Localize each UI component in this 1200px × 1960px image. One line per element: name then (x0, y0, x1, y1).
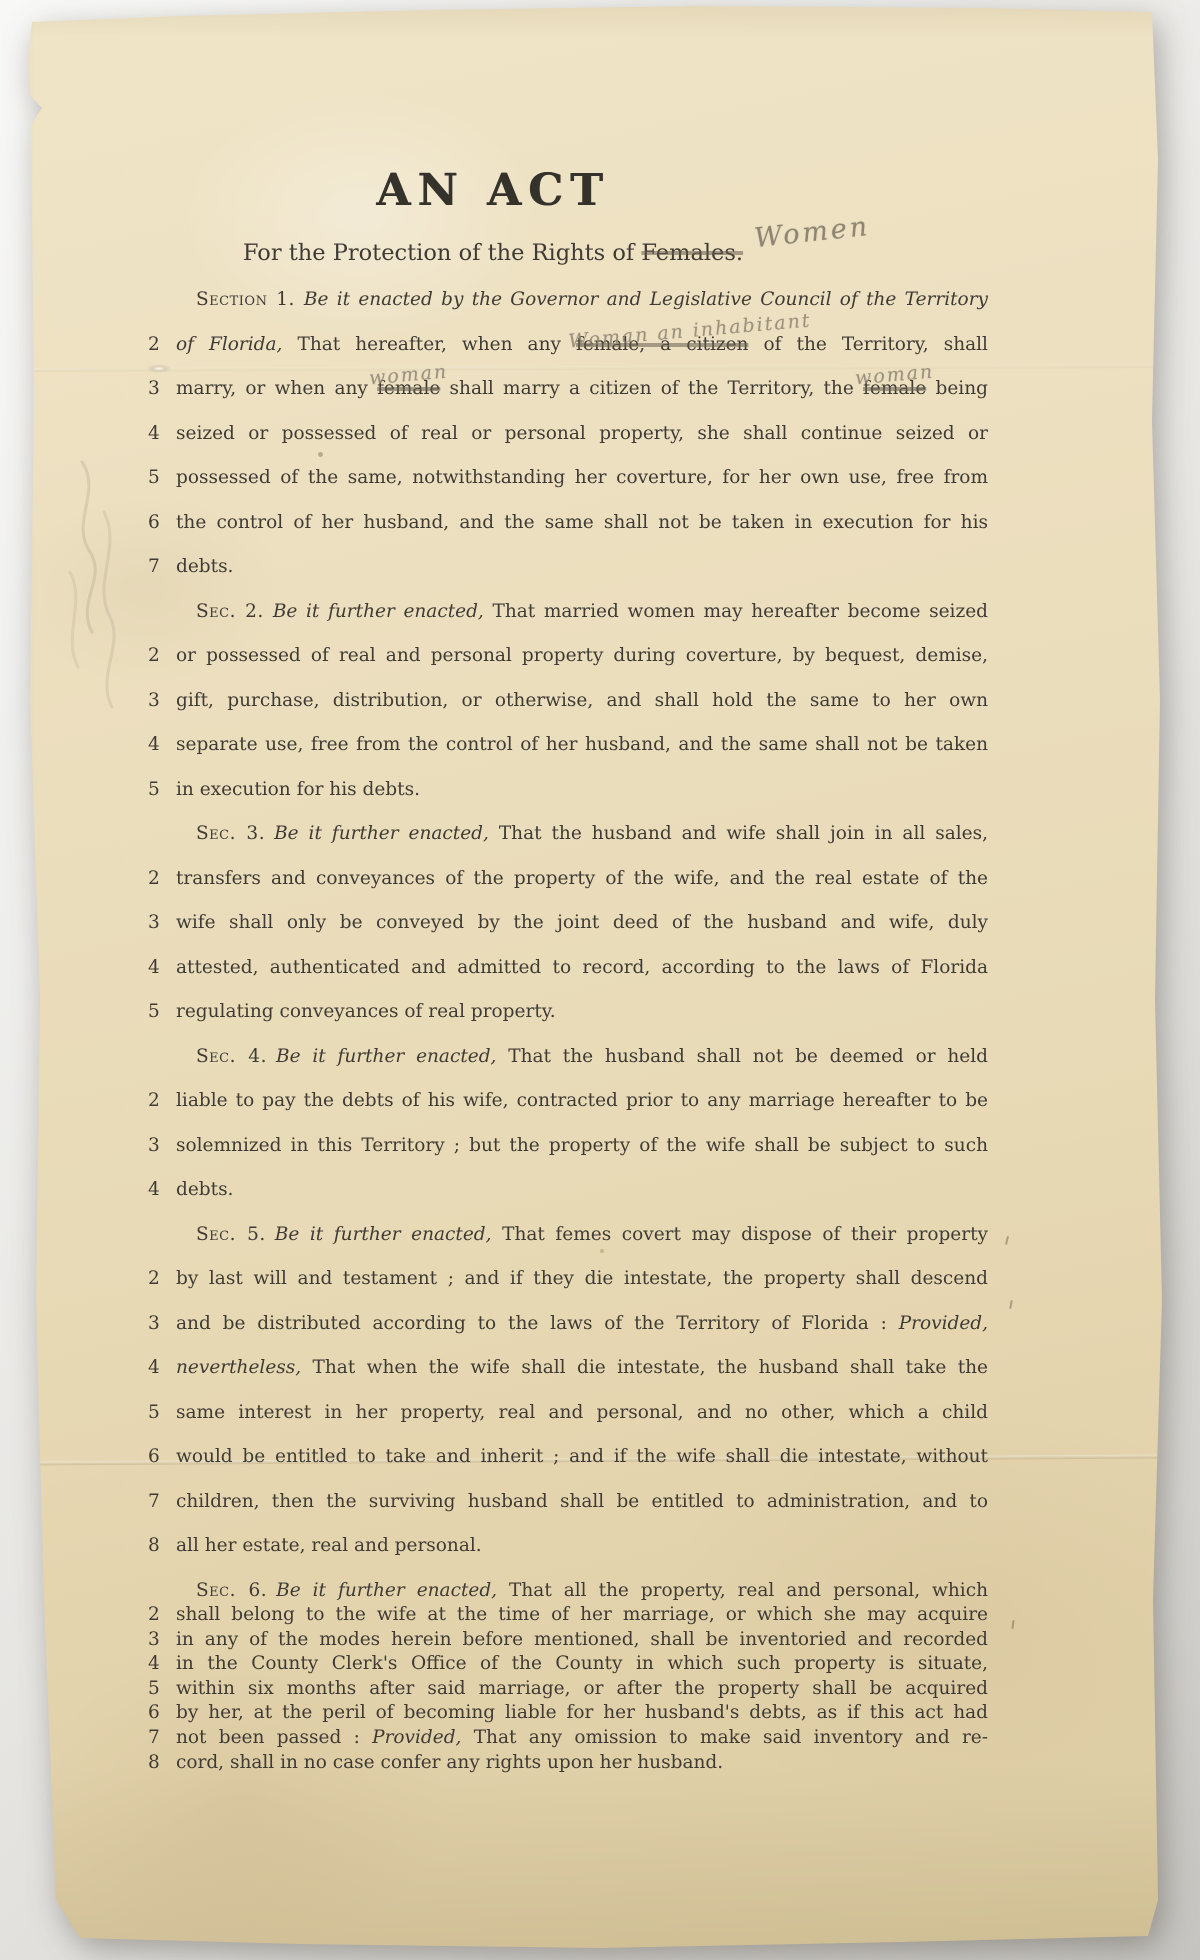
section-label: Sec. 4. (196, 1046, 267, 1067)
section-label: Section 1. (196, 289, 295, 310)
line-text: regulating conveyances of real property. (176, 990, 988, 1035)
text-segment: marry, or when any (176, 378, 377, 399)
act-section: Sec. 2.Be it further enacted, That marri… (148, 590, 988, 813)
line-number: 3 (148, 1124, 174, 1169)
act-line: 5in execution for his debts. (148, 768, 988, 813)
text-segment: That all the property, real and personal… (497, 1580, 988, 1601)
text-segment: shall belong to the wife at the time of … (176, 1604, 988, 1625)
line-number: 5 (148, 768, 174, 813)
act-line: 6would be entitled to take and inherit ;… (148, 1435, 988, 1480)
act-line: 3wife shall only be conveyed by the join… (148, 901, 988, 946)
act-line: 5regulating conveyances of real property… (148, 990, 988, 1035)
line-text: and be distributed according to the laws… (176, 1302, 988, 1347)
text-segment: by her, at the peril of becoming liable … (176, 1702, 988, 1723)
annotated-phrase: femalewoman (377, 378, 440, 399)
text-segment: transfers and conveyances of the propert… (176, 868, 988, 889)
line-text: solemnized in this Territory ; but the p… (176, 1124, 988, 1169)
text-segment: same interest in her property, real and … (176, 1402, 988, 1423)
act-line: 7debts. (148, 545, 988, 590)
line-number: 3 (148, 1302, 174, 1347)
text-segment: would be entitled to take and inherit ; … (176, 1446, 988, 1467)
text-segment: That when the wife shall die intestate, … (301, 1357, 988, 1378)
line-text: all her estate, real and personal. (176, 1524, 988, 1569)
line-text: in the County Clerk's Office of the Coun… (176, 1652, 988, 1677)
italic-text: Be it further enacted, (275, 1224, 492, 1245)
act-sections: Section 1.Be it enacted by the Governor … (148, 278, 988, 1775)
line-text: separate use, free from the control of h… (176, 723, 988, 768)
line-number: 7 (148, 545, 174, 590)
line-number: 3 (148, 679, 174, 724)
line-number: 4 (148, 723, 174, 768)
pencil-tick (1009, 1300, 1013, 1309)
line-text: by her, at the peril of becoming liable … (176, 1701, 988, 1726)
text-segment: the control of her husband, and the same… (176, 512, 988, 533)
act-line: 2shall belong to the wife at the time of… (148, 1603, 988, 1628)
text-segment: children, then the surviving husband sha… (176, 1491, 988, 1512)
line-text: of Florida, That hereafter, when any fem… (176, 323, 988, 368)
annotated-phrase: female, a citizenWoman an inhabitant (576, 334, 748, 355)
text-segment: all her estate, real and personal. (176, 1535, 482, 1556)
act-line: Sec. 6.Be it further enacted, That all t… (148, 1579, 988, 1604)
line-text: wife shall only be conveyed by the joint… (176, 901, 988, 946)
line-number: 4 (148, 1652, 174, 1677)
line-number: 4 (148, 1168, 174, 1213)
line-number: 4 (148, 1346, 174, 1391)
italic-text: nevertheless, (176, 1357, 301, 1378)
line-text: Sec. 2.Be it further enacted, That marri… (176, 590, 988, 635)
line-number: 8 (148, 1524, 174, 1569)
line-number: 2 (148, 857, 174, 902)
text-segment: For the Protection of the Rights of (243, 240, 642, 266)
italic-text: Be it further enacted, (276, 1580, 497, 1601)
act-line: 4seized or possessed of real or personal… (148, 412, 988, 457)
line-text: cord, shall in no case confer any rights… (176, 1751, 988, 1776)
text-segment: possessed of the same, notwithstanding h… (176, 467, 988, 488)
text-segment: seized or possessed of real or personal … (176, 423, 988, 444)
line-text: seized or possessed of real or personal … (176, 412, 988, 457)
act-section: Sec. 5.Be it further enacted, That femes… (148, 1213, 988, 1569)
line-number: 4 (148, 946, 174, 991)
act-document: AN ACT For the Protection of the Rights … (148, 0, 988, 1775)
text-segment: by last will and testament ; and if they… (176, 1268, 988, 1289)
line-text: by last will and testament ; and if they… (176, 1257, 988, 1302)
margin-pencil-scribble (52, 452, 162, 752)
line-number: 2 (148, 1257, 174, 1302)
act-title: AN ACT (148, 168, 838, 214)
text-segment: and be distributed according to the laws… (176, 1313, 899, 1334)
act-line: 7children, then the surviving husband sh… (148, 1480, 988, 1525)
photo-background: AN ACT For the Protection of the Rights … (0, 0, 1200, 1960)
text-segment: debts. (176, 1179, 233, 1200)
act-line: 2or possessed of real and personal prope… (148, 634, 988, 679)
act-section: Sec. 4.Be it further enacted, That the h… (148, 1035, 988, 1213)
text-segment: wife shall only be conveyed by the joint… (176, 912, 988, 933)
text-segment: attested, authenticated and admitted to … (176, 957, 988, 978)
text-segment: of the Territory, shall (748, 334, 987, 355)
act-line: 5possessed of the same, notwithstanding … (148, 456, 988, 501)
act-line: 2transfers and conveyances of the proper… (148, 857, 988, 902)
line-number: 7 (148, 1726, 174, 1751)
line-number: 3 (148, 367, 174, 412)
line-text: would be entitled to take and inherit ; … (176, 1435, 988, 1480)
text-segment: or possessed of real and personal proper… (176, 645, 988, 666)
line-number: 3 (148, 1628, 174, 1653)
line-number: 5 (148, 1391, 174, 1436)
line-text: Sec. 3.Be it further enacted, That the h… (176, 812, 988, 857)
text-segment: That any omission to make said inventory… (461, 1727, 988, 1748)
line-number: 2 (148, 1603, 174, 1628)
italic-text: Be it enacted by the Governor and Legisl… (304, 289, 988, 310)
pencil-tick (1005, 1236, 1009, 1245)
text-segment: shall marry a citizen of the Territory, … (440, 378, 863, 399)
act-line: 3solemnized in this Territory ; but the … (148, 1124, 988, 1169)
italic-text: Be it further enacted, (273, 601, 484, 622)
line-number: 6 (148, 501, 174, 546)
struck-text: Females. (641, 240, 743, 266)
act-line: Sec. 3.Be it further enacted, That the h… (148, 812, 988, 857)
text-segment: cord, shall in no case confer any rights… (176, 1752, 723, 1773)
act-line: 5within six months after said marriage, … (148, 1677, 988, 1702)
annotated-phrase: femalewoman (863, 378, 926, 399)
act-line: 5same interest in her property, real and… (148, 1391, 988, 1436)
act-line: 8all her estate, real and personal. (148, 1524, 988, 1569)
act-line: 3marry, or when any femalewoman shall ma… (148, 367, 988, 412)
line-number: 5 (148, 990, 174, 1035)
act-line: 2of Florida, That hereafter, when any fe… (148, 323, 988, 368)
section-label: Sec. 2. (196, 601, 264, 622)
line-number: 4 (148, 412, 174, 457)
italic-text: of Florida, (176, 334, 282, 355)
text-segment: That hereafter, when any (282, 334, 576, 355)
line-text: gift, purchase, distribution, or otherwi… (176, 679, 988, 724)
act-line: 7not been passed : Provided, That any om… (148, 1726, 988, 1751)
line-text: Sec. 4.Be it further enacted, That the h… (176, 1035, 988, 1080)
text-segment: That the husband shall not be deemed or … (496, 1046, 988, 1067)
text-segment: liable to pay the debts of his wife, con… (176, 1090, 988, 1111)
line-text: debts. (176, 545, 988, 590)
line-number: 5 (148, 456, 174, 501)
line-text: in any of the modes herein before mentio… (176, 1628, 988, 1653)
act-line: 6the control of her husband, and the sam… (148, 501, 988, 546)
line-text: attested, authenticated and admitted to … (176, 946, 988, 991)
text-segment: That femes covert may dispose of their p… (492, 1224, 988, 1245)
line-text: in execution for his debts. (176, 768, 988, 813)
paper-sheet: AN ACT For the Protection of the Rights … (0, 0, 1200, 1960)
line-text: possessed of the same, notwithstanding h… (176, 456, 988, 501)
line-number: 7 (148, 1480, 174, 1525)
section-label: Sec. 6. (196, 1580, 267, 1601)
pencil-tick (1011, 1620, 1014, 1629)
italic-text: Provided, (899, 1313, 988, 1334)
act-line: 3gift, purchase, distribution, or otherw… (148, 679, 988, 724)
line-text: transfers and conveyances of the propert… (176, 857, 988, 902)
act-line: 6by her, at the peril of becoming liable… (148, 1701, 988, 1726)
line-text: children, then the surviving husband sha… (176, 1480, 988, 1525)
text-segment: in any of the modes herein before mentio… (176, 1629, 988, 1650)
italic-text: Be it further enacted, (276, 1046, 496, 1067)
line-text: or possessed of real and personal proper… (176, 634, 988, 679)
text-segment: solemnized in this Territory ; but the p… (176, 1135, 988, 1156)
act-line: 2by last will and testament ; and if the… (148, 1257, 988, 1302)
italic-text: Provided, (372, 1727, 461, 1748)
act-line: 4separate use, free from the control of … (148, 723, 988, 768)
act-line: Sec. 2.Be it further enacted, That marri… (148, 590, 988, 635)
section-label: Sec. 5. (196, 1224, 266, 1245)
line-number: 5 (148, 1677, 174, 1702)
line-text: Section 1.Be it enacted by the Governor … (176, 278, 988, 323)
text-segment: not been passed : (176, 1727, 372, 1748)
text-segment: That married women may hereafter become … (484, 601, 988, 622)
act-line: 4debts. (148, 1168, 988, 1213)
text-segment: being (926, 378, 988, 399)
line-number: 6 (148, 1435, 174, 1480)
text-segment: gift, purchase, distribution, or otherwi… (176, 690, 988, 711)
act-subtitle: For the Protection of the Rights of Fema… (148, 238, 838, 268)
act-line: Sec. 4.Be it further enacted, That the h… (148, 1035, 988, 1080)
line-text: liable to pay the debts of his wife, con… (176, 1079, 988, 1124)
text-segment: debts. (176, 556, 233, 577)
act-section: Section 1.Be it enacted by the Governor … (148, 278, 988, 590)
line-text: nevertheless, That when the wife shall d… (176, 1346, 988, 1391)
paper-surface: AN ACT For the Protection of the Rights … (0, 0, 1200, 1960)
italic-text: Be it further enacted, (274, 823, 489, 844)
line-text: within six months after said marriage, o… (176, 1677, 988, 1702)
section-label: Sec. 3. (196, 823, 265, 844)
act-line: 4in the County Clerk's Office of the Cou… (148, 1652, 988, 1677)
line-text: debts. (176, 1168, 988, 1213)
line-number: 6 (148, 1701, 174, 1726)
line-text: the control of her husband, and the same… (176, 501, 988, 546)
line-text: Sec. 5.Be it further enacted, That femes… (176, 1213, 988, 1258)
line-number: 2 (148, 1079, 174, 1124)
pencil-annotation: Women (753, 212, 872, 254)
text-segment: separate use, free from the control of h… (176, 734, 988, 755)
line-text: not been passed : Provided, That any omi… (176, 1726, 988, 1751)
act-line: 3and be distributed according to the law… (148, 1302, 988, 1347)
text-segment: in the County Clerk's Office of the Coun… (176, 1653, 988, 1674)
act-line: 8cord, shall in no case confer any right… (148, 1751, 988, 1776)
text-segment: in execution for his debts. (176, 779, 420, 800)
line-number: 8 (148, 1751, 174, 1776)
act-section: Sec. 6.Be it further enacted, That all t… (148, 1579, 988, 1776)
act-line: 3in any of the modes herein before menti… (148, 1628, 988, 1653)
line-text: marry, or when any femalewoman shall mar… (176, 367, 988, 412)
act-section: Sec. 3.Be it further enacted, That the h… (148, 812, 988, 1035)
line-text: shall belong to the wife at the time of … (176, 1603, 988, 1628)
act-line: 2liable to pay the debts of his wife, co… (148, 1079, 988, 1124)
line-number: 3 (148, 901, 174, 946)
line-number: 2 (148, 323, 174, 368)
line-number: 2 (148, 634, 174, 679)
act-line: Section 1.Be it enacted by the Governor … (148, 278, 988, 323)
text-segment: within six months after said marriage, o… (176, 1678, 988, 1699)
text-segment: regulating conveyances of real property. (176, 1001, 556, 1022)
text-segment: That the husband and wife shall join in … (489, 823, 988, 844)
line-text: same interest in her property, real and … (176, 1391, 988, 1436)
act-line: 4nevertheless, That when the wife shall … (148, 1346, 988, 1391)
line-text: Sec. 6.Be it further enacted, That all t… (176, 1579, 988, 1604)
act-line: Sec. 5.Be it further enacted, That femes… (148, 1213, 988, 1258)
act-line: 4attested, authenticated and admitted to… (148, 946, 988, 991)
